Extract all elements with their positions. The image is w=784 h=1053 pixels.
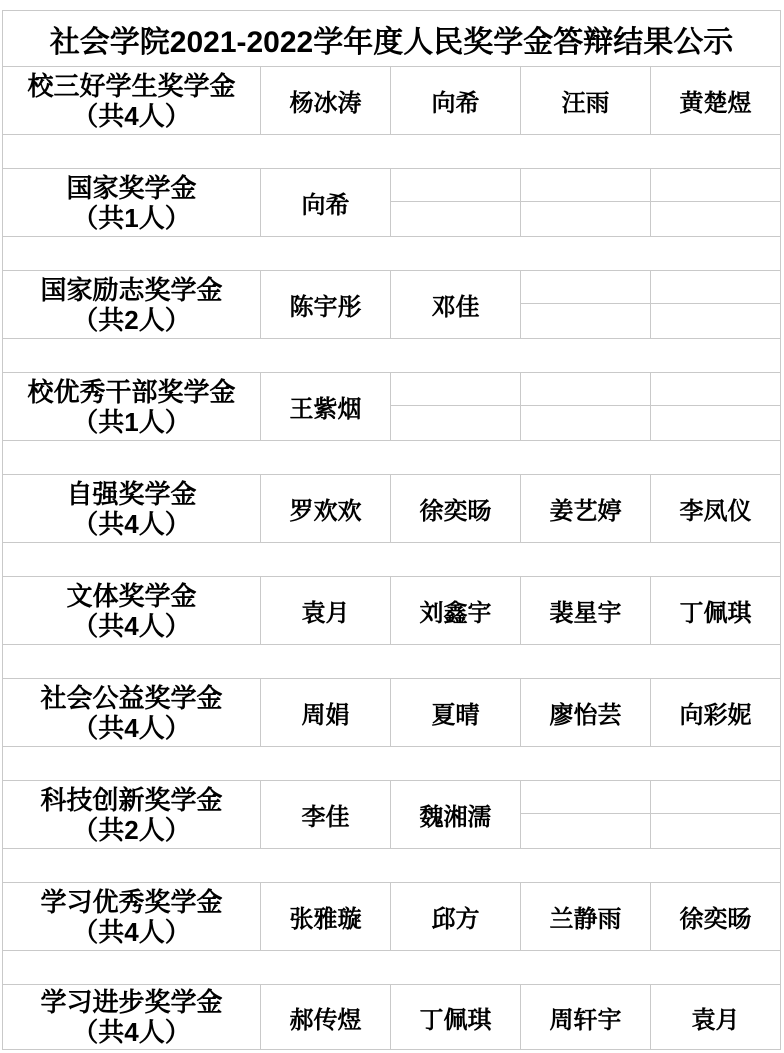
empty-cell	[521, 169, 651, 236]
empty-cell	[391, 169, 521, 236]
awardee-name-cell: 李佳	[261, 781, 391, 848]
spacer-row	[3, 747, 780, 781]
award-row: 社会公益奖学金（共4人）周娟夏晴廖怡芸向彩妮	[3, 679, 780, 747]
award-title: 学习进步奖学金	[40, 987, 222, 1017]
award-label-cell: 文体奖学金（共4人）	[3, 577, 261, 644]
award-count: （共4人）	[72, 917, 190, 947]
award-row: 校三好学生奖学金（共4人）杨冰涛向希汪雨黄楚煜	[3, 67, 780, 135]
empty-cell-bottom	[521, 304, 650, 338]
awardee-name-cell: 向彩妮	[651, 679, 780, 746]
award-title: 校三好学生奖学金	[27, 71, 235, 101]
awardee-name-cell: 魏湘濡	[391, 781, 521, 848]
awards-table-body: 校三好学生奖学金（共4人）杨冰涛向希汪雨黄楚煜国家奖学金（共1人）向希国家励志奖…	[3, 67, 780, 1049]
empty-cell	[651, 169, 780, 236]
empty-cell-bottom	[651, 202, 780, 236]
empty-cell-bottom	[651, 814, 780, 848]
empty-cell-top	[521, 271, 650, 304]
awardee-name-cell: 杨冰涛	[261, 67, 391, 134]
award-count: （共2人）	[72, 305, 190, 335]
award-count: （共1人）	[72, 203, 190, 233]
spacer-row	[3, 441, 780, 475]
awardee-name-cell: 周轩宇	[521, 985, 651, 1049]
empty-cell-bottom	[651, 304, 780, 338]
empty-cell-bottom	[651, 406, 780, 440]
award-count: （共4人）	[72, 101, 190, 131]
spacer-row	[3, 339, 780, 373]
award-count: （共4人）	[72, 713, 190, 743]
award-label-cell: 学习优秀奖学金（共4人）	[3, 883, 261, 950]
award-count: （共4人）	[72, 611, 190, 641]
empty-cell-top	[391, 373, 520, 406]
empty-cell	[651, 373, 780, 440]
award-row: 国家奖学金（共1人）向希	[3, 169, 780, 237]
empty-cell	[651, 781, 780, 848]
award-title: 学习优秀奖学金	[40, 887, 222, 917]
empty-cell-bottom	[391, 202, 520, 236]
spacer-row	[3, 849, 780, 883]
empty-cell-top	[651, 373, 780, 406]
award-label-cell: 国家励志奖学金（共2人）	[3, 271, 261, 338]
award-row: 自强奖学金（共4人）罗欢欢徐奕旸姜艺婷李凤仪	[3, 475, 780, 543]
awardee-name-cell: 汪雨	[521, 67, 651, 134]
award-label-cell: 校三好学生奖学金（共4人）	[3, 67, 261, 134]
empty-cell	[521, 781, 651, 848]
awardee-name-cell: 姜艺婷	[521, 475, 651, 542]
awardee-name-cell: 王紫烟	[261, 373, 391, 440]
awardee-name-cell: 徐奕旸	[391, 475, 521, 542]
award-title: 国家奖学金	[66, 173, 196, 203]
award-row: 学习进步奖学金（共4人）郝传煜丁佩琪周轩宇袁月	[3, 985, 780, 1049]
empty-cell-top	[651, 271, 780, 304]
award-row: 国家励志奖学金（共2人）陈宇彤邓佳	[3, 271, 780, 339]
award-label-cell: 科技创新奖学金（共2人）	[3, 781, 261, 848]
award-count: （共1人）	[72, 407, 190, 437]
awardee-name-cell: 陈宇彤	[261, 271, 391, 338]
award-title: 文体奖学金	[66, 581, 196, 611]
award-count: （共2人）	[72, 815, 190, 845]
award-row: 校优秀干部奖学金（共1人）王紫烟	[3, 373, 780, 441]
spacer-row	[3, 951, 780, 985]
spacer-row	[3, 543, 780, 577]
awardee-name-cell: 周娟	[261, 679, 391, 746]
empty-cell-top	[521, 781, 650, 814]
empty-cell	[521, 271, 651, 338]
award-label-cell: 校优秀干部奖学金（共1人）	[3, 373, 261, 440]
award-label-cell: 国家奖学金（共1人）	[3, 169, 261, 236]
awardee-name-cell: 张雅璇	[261, 883, 391, 950]
award-title: 自强奖学金	[66, 479, 196, 509]
awardee-name-cell: 廖怡芸	[521, 679, 651, 746]
awardee-name-cell: 兰静雨	[521, 883, 651, 950]
awardee-name-cell: 丁佩琪	[651, 577, 780, 644]
table-title: 社会学院2021-2022学年度人民奖学金答辩结果公示	[3, 11, 780, 67]
empty-cell-bottom	[521, 814, 650, 848]
empty-cell	[521, 373, 651, 440]
spacer-row	[3, 237, 780, 271]
award-row: 科技创新奖学金（共2人）李佳魏湘濡	[3, 781, 780, 849]
empty-cell	[651, 271, 780, 338]
awardee-name-cell: 邱方	[391, 883, 521, 950]
award-row: 文体奖学金（共4人）袁月刘鑫宇裴星宇丁佩琪	[3, 577, 780, 645]
empty-cell-bottom	[521, 202, 650, 236]
awardee-name-cell: 丁佩琪	[391, 985, 521, 1049]
awardee-name-cell: 罗欢欢	[261, 475, 391, 542]
empty-cell-bottom	[391, 406, 520, 440]
awardee-name-cell: 袁月	[261, 577, 391, 644]
award-title: 国家励志奖学金	[40, 275, 222, 305]
award-title: 校优秀干部奖学金	[27, 377, 235, 407]
empty-cell-top	[391, 169, 520, 202]
award-label-cell: 自强奖学金（共4人）	[3, 475, 261, 542]
award-label-cell: 社会公益奖学金（共4人）	[3, 679, 261, 746]
empty-cell-top	[521, 169, 650, 202]
empty-cell-top	[651, 781, 780, 814]
awardee-name-cell: 袁月	[651, 985, 780, 1049]
empty-cell-top	[651, 169, 780, 202]
awardee-name-cell: 夏晴	[391, 679, 521, 746]
awardee-name-cell: 黄楚煜	[651, 67, 780, 134]
awardee-name-cell: 徐奕旸	[651, 883, 780, 950]
award-count: （共4人）	[72, 509, 190, 539]
empty-cell-bottom	[521, 406, 650, 440]
awards-table: 社会学院2021-2022学年度人民奖学金答辩结果公示 校三好学生奖学金（共4人…	[2, 10, 781, 1050]
spacer-row	[3, 135, 780, 169]
page: 社会学院2021-2022学年度人民奖学金答辩结果公示 校三好学生奖学金（共4人…	[0, 0, 784, 1053]
awardee-name-cell: 向希	[391, 67, 521, 134]
awardee-name-cell: 向希	[261, 169, 391, 236]
award-label-cell: 学习进步奖学金（共4人）	[3, 985, 261, 1049]
award-row: 学习优秀奖学金（共4人）张雅璇邱方兰静雨徐奕旸	[3, 883, 780, 951]
empty-cell	[391, 373, 521, 440]
awardee-name-cell: 郝传煜	[261, 985, 391, 1049]
awardee-name-cell: 李凤仪	[651, 475, 780, 542]
spacer-row	[3, 645, 780, 679]
awardee-name-cell: 刘鑫宇	[391, 577, 521, 644]
awardee-name-cell: 邓佳	[391, 271, 521, 338]
awardee-name-cell: 裴星宇	[521, 577, 651, 644]
award-count: （共4人）	[72, 1017, 190, 1047]
award-title: 社会公益奖学金	[40, 683, 222, 713]
empty-cell-top	[521, 373, 650, 406]
award-title: 科技创新奖学金	[40, 785, 222, 815]
